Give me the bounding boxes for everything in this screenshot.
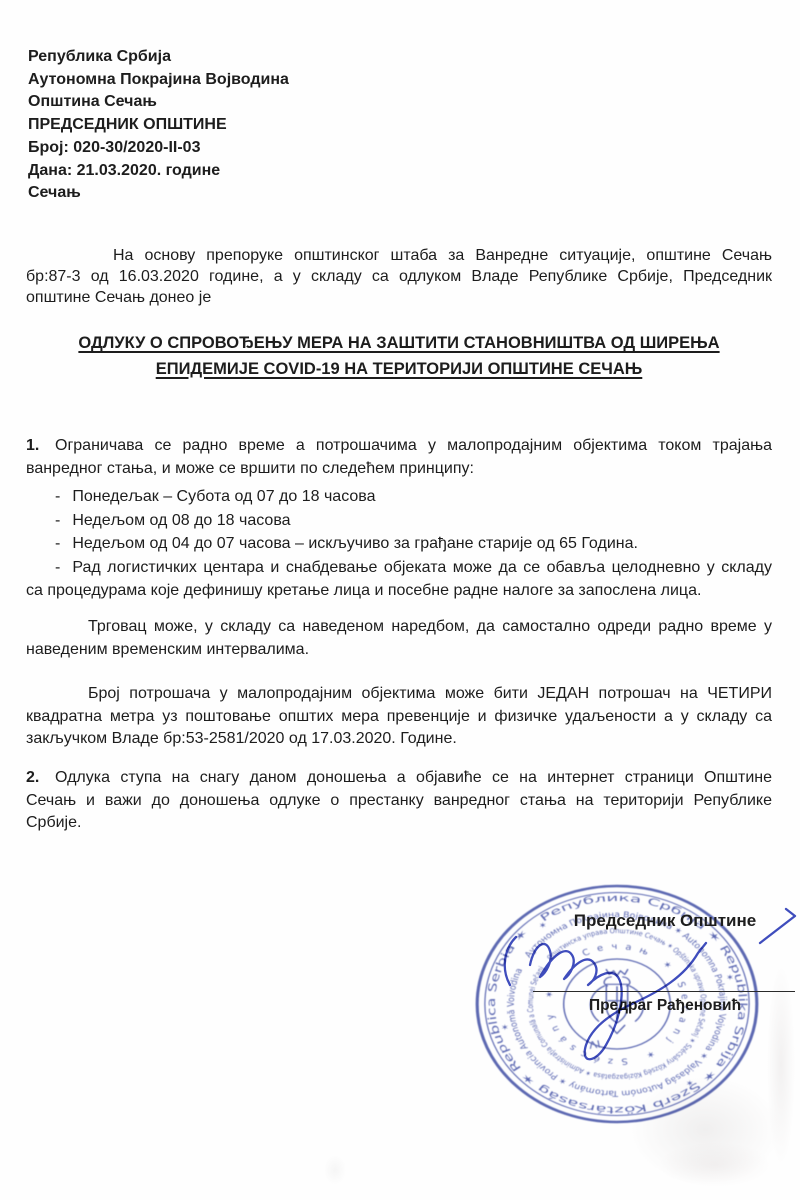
document-number: Број: 020-30/2020-II-03 <box>28 137 289 160</box>
scan-smudge <box>640 1135 790 1195</box>
article-2-line: Сечањ и важи до доношења одлуке о преста… <box>26 790 772 813</box>
bullet-dash: - <box>55 512 60 529</box>
article-number: 1. <box>26 435 55 458</box>
intro-paragraph: На основу препоруке општинског штаба за … <box>26 246 772 308</box>
intro-line: бр:87-3 од 16.03.2020 године, а у складу… <box>26 267 772 288</box>
paragraph-line: наведеним временским интервалима. <box>26 639 772 662</box>
article-1-line: ванредног стања, и може се вршити по сле… <box>26 458 772 481</box>
bullet-dash: - <box>55 559 60 576</box>
letterhead-office: ПРЕДСЕДНИК ОПШТИНЕ <box>28 114 289 137</box>
signature-main-stroke <box>530 943 706 1059</box>
letterhead-province: Аутономна Покрајина Војводина <box>28 69 289 92</box>
intro-line: На основу препоруке општинског штаба за … <box>26 246 772 267</box>
customers-paragraph: Број потрошача у малопродајним објектима… <box>26 683 772 751</box>
document-date: Дана: 21.03.2020. године <box>28 160 289 183</box>
signature-ink <box>468 893 800 1103</box>
paragraph-line: Број потрошача у малопродајним објектима… <box>26 683 772 706</box>
list-item: -Рад логистичких центара и снабдевање об… <box>26 556 772 603</box>
paragraph-line: квадратна метра уз поштовање општих мера… <box>26 706 772 729</box>
bullet-list: -Понедељак – Субота од 07 до 18 часова -… <box>26 485 772 603</box>
article-2: 2.Одлука ступа на снагу даном доношења а… <box>26 767 772 835</box>
bullet-dash: - <box>55 535 60 552</box>
paragraph-line: закључком Владе бр:53-2581/2020 од 17.03… <box>26 728 772 751</box>
article-2-line: 2.Одлука ступа на снагу даном доношења а… <box>26 767 772 790</box>
list-item: -Понедељак – Субота од 07 до 18 часова <box>55 485 772 509</box>
letterhead-country: Република Србија <box>28 46 289 69</box>
list-item: -Недељом од 04 до 07 часова – искључиво … <box>55 532 772 556</box>
intro-line: општине Сечањ донео је <box>26 288 772 309</box>
letterhead-municipality: Општина Сечањ <box>28 91 289 114</box>
article-2-line: Србије. <box>26 812 772 835</box>
signature-paren-stroke <box>505 937 516 985</box>
decision-title: ОДЛУКУ О СПРОВОЂЕЊУ МЕРА НА ЗАШТИТИ СТАН… <box>26 331 772 382</box>
letterhead: Република Србија Аутономна Покрајина Вој… <box>28 46 289 205</box>
decision-title-line: ОДЛУКУ О СПРОВОЂЕЊУ МЕРА НА ЗАШТИТИ СТАН… <box>26 331 772 357</box>
paragraph-line: Трговац може, у складу са наведеном наре… <box>26 616 772 639</box>
scan-smudge <box>320 1150 350 1190</box>
article-1-line: 1.Ограничава се радно време а потрошачим… <box>26 435 772 458</box>
list-item: -Недељом од 08 до 18 часова <box>55 509 772 533</box>
document-place: Сечањ <box>28 182 289 205</box>
bullet-dash: - <box>55 488 60 505</box>
article-1: 1.Ограничава се радно време а потрошачим… <box>26 435 772 480</box>
signature-flick-stroke <box>760 909 795 943</box>
scanned-decision-document: Република Србија Аутономна Покрајина Вој… <box>0 0 800 1200</box>
article-number: 2. <box>26 767 55 790</box>
decision-title-line: ЕПИДЕМИЈЕ COVID-19 НА ТЕРИТОРИЈИ ОПШТИНЕ… <box>26 357 772 383</box>
trader-paragraph: Трговац може, у складу са наведеном наре… <box>26 616 772 661</box>
